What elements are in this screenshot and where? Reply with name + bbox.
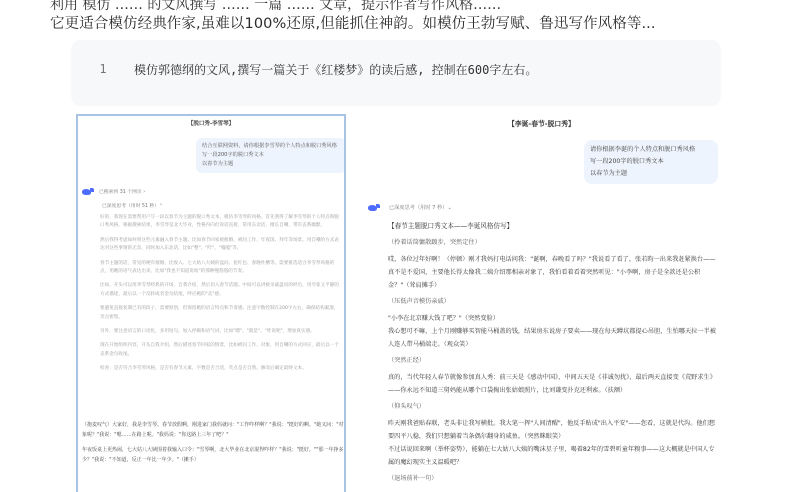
reasoning-paragraph: 现在开始组织内容，开头自我介绍，然后描述春节回家的情景，比如被问工作、对象，用自… bbox=[100, 342, 343, 359]
stage-direction: （压低声音模仿亲戚） bbox=[388, 296, 718, 308]
thinking-status[interactable]: 已深度思考（用时 51 秒）⌃ bbox=[102, 202, 163, 209]
user-message-line: 请你根据李诞的个人特点和脱口秀风格 bbox=[590, 144, 712, 156]
answer-heading: 【春节主题脱口秀文本——李诞风格仿写】 bbox=[388, 220, 718, 232]
search-status[interactable]: 已搜索到 31 个网页 › bbox=[99, 188, 145, 195]
stage-direction: （突然正经） bbox=[388, 355, 718, 367]
reasoning-paragraph: 检查：是否符合李雪琴风格，是否有春节元素，字数是否合适，笑点是否自然。修改后确定… bbox=[100, 365, 343, 373]
final-answer: （抱麦叹气）大家好，我是李雪琴。春节放假啊，刚进家门我妈就问："工作咋样啊？"我… bbox=[82, 421, 344, 471]
deepseek-logo-icon bbox=[368, 205, 377, 211]
screenshot-title: 【李诞-春节-脱口秀】 bbox=[508, 118, 575, 128]
reasoning-paragraph: 然后我得考虑如何将这些元素融入春节主题。比如春节回家被催婚、被问工作、年夜饭、拜… bbox=[100, 237, 343, 254]
answer-paragraph: 真的，当代年轻人春节就像参加真人秀：前三天是《感动中国》，中间五天是《非诚勿扰》… bbox=[388, 371, 718, 397]
answer-paragraph: 哎，各位过年好啊！（停顿）刚才我妈打电话问我："诞啊，春晚看了吗？"我说看了看了… bbox=[388, 253, 718, 292]
user-message-line: 写一段200字的脱口秀文本 bbox=[202, 151, 340, 160]
stage-direction: （拎着话筒慵散踱步，突然定住） bbox=[388, 237, 718, 249]
answer-paragraph: （抱麦叹气）大家好，我是李雪琴。春节放假啊，刚进家门我妈就问："工作咋样啊？"我… bbox=[82, 421, 344, 440]
user-message-line: 写一段200字的脱口秀文本 bbox=[590, 156, 712, 168]
answer-paragraph: "小李在北京赚大钱了吧？"（突然变脸） 我心想可不嘛，上个月刚赚够买智能马桶盖的… bbox=[388, 312, 718, 351]
user-message-line: 以春节为主题 bbox=[202, 160, 340, 169]
thinking-status[interactable]: 已深度思考（用时 7 秒）⌄ bbox=[389, 204, 452, 211]
deepseek-logo-icon bbox=[82, 189, 91, 195]
reasoning-paragraph: 另外，要注意语言的口语化，多用短句，加入停顿和语气词，比如"嗯"、"就是"、"咋… bbox=[100, 328, 343, 336]
article-paragraph: 它更适合模仿经典作家,虽难以100%还原,但能抓住神韵。如模仿王勃写赋、鲁迅写作… bbox=[50, 12, 656, 33]
search-status-row[interactable]: 已搜索到 31 个网页 › bbox=[82, 188, 145, 195]
stage-direction: （退场前补一句） bbox=[388, 473, 718, 485]
answer-content: 【春节主题脱口秀文本——李诞风格仿写】 （拎着话筒慵散踱步，突然定住） 哎，各位… bbox=[388, 220, 718, 489]
thinking-status-row[interactable]: 已深度思考（用时 7 秒）⌄ bbox=[368, 204, 452, 211]
user-message-line: 结合互联网资料，请你根据李雪琴的个人特点和脱口秀风格 bbox=[202, 142, 340, 151]
answer-paragraph: 年夜饭桌上更热闹，七大姑八大姨围着我输入口令："雪琴啊，北大毕业在北京混得咋样？… bbox=[82, 446, 344, 465]
right-chat-screenshot: 【李诞-春节-脱口秀】 请你根据李诞的个人特点和脱口秀风格 写一段200字的脱口… bbox=[356, 112, 720, 492]
line-number: 1 bbox=[72, 62, 134, 76]
reasoning-paragraph: 要避免直接复制已有的段子，需要原创，但保留她的语言特点和节奏感。注意字数控制在2… bbox=[100, 305, 343, 322]
screenshot-title: 【脱口秀-李雪琴】 bbox=[78, 119, 344, 127]
reasoning-paragraph: 比如，开头可以用李雪琴经典的开场，自我介绍，然后切入春节话题。中间可以讲被亲戚盘… bbox=[100, 282, 343, 299]
prompt-text: 模仿郭德纲的文风,撰写一篇关于《红楼梦》的读后感, 控制在600字左右。 bbox=[134, 61, 537, 78]
reasoning-paragraph: 春节主题的话，常见的梗有催婚、比收入、七大姑八大姨的盘问、抢红包、春晚吐槽等。需… bbox=[100, 260, 343, 277]
stage-direction: （仰头叹气） bbox=[388, 401, 718, 413]
reasoning-paragraph: 好的，我现在需要帮用户写一段以春节为主题的脱口秀文本，模仿李雪琴的风格。首先我得… bbox=[100, 214, 343, 231]
left-chat-screenshot: 【脱口秀-李雪琴】 结合互联网资料，请你根据李雪琴的个人特点和脱口秀风格 写一段… bbox=[76, 114, 346, 492]
answer-paragraph: 昨天刚我爸贴春联，老头非让我写横批。我大笔一挥"人间清醒"，他反手贴成"出入平安… bbox=[388, 417, 718, 469]
user-message-line: 以春节为主题 bbox=[590, 168, 712, 180]
user-message-bubble: 请你根据李诞的个人特点和脱口秀风格 写一段200字的脱口秀文本 以春节为主题 bbox=[584, 140, 718, 184]
prompt-code-block: 1 模仿郭德纲的文风,撰写一篇关于《红楼梦》的读后感, 控制在600字左右。 bbox=[72, 40, 720, 104]
reasoning-content: 好的，我现在需要帮用户写一段以春节为主题的脱口秀文本，模仿李雪琴的风格。首先我得… bbox=[100, 214, 343, 380]
user-message-bubble: 结合互联网资料，请你根据李雪琴的个人特点和脱口秀风格 写一段200字的脱口秀文本… bbox=[196, 138, 346, 173]
